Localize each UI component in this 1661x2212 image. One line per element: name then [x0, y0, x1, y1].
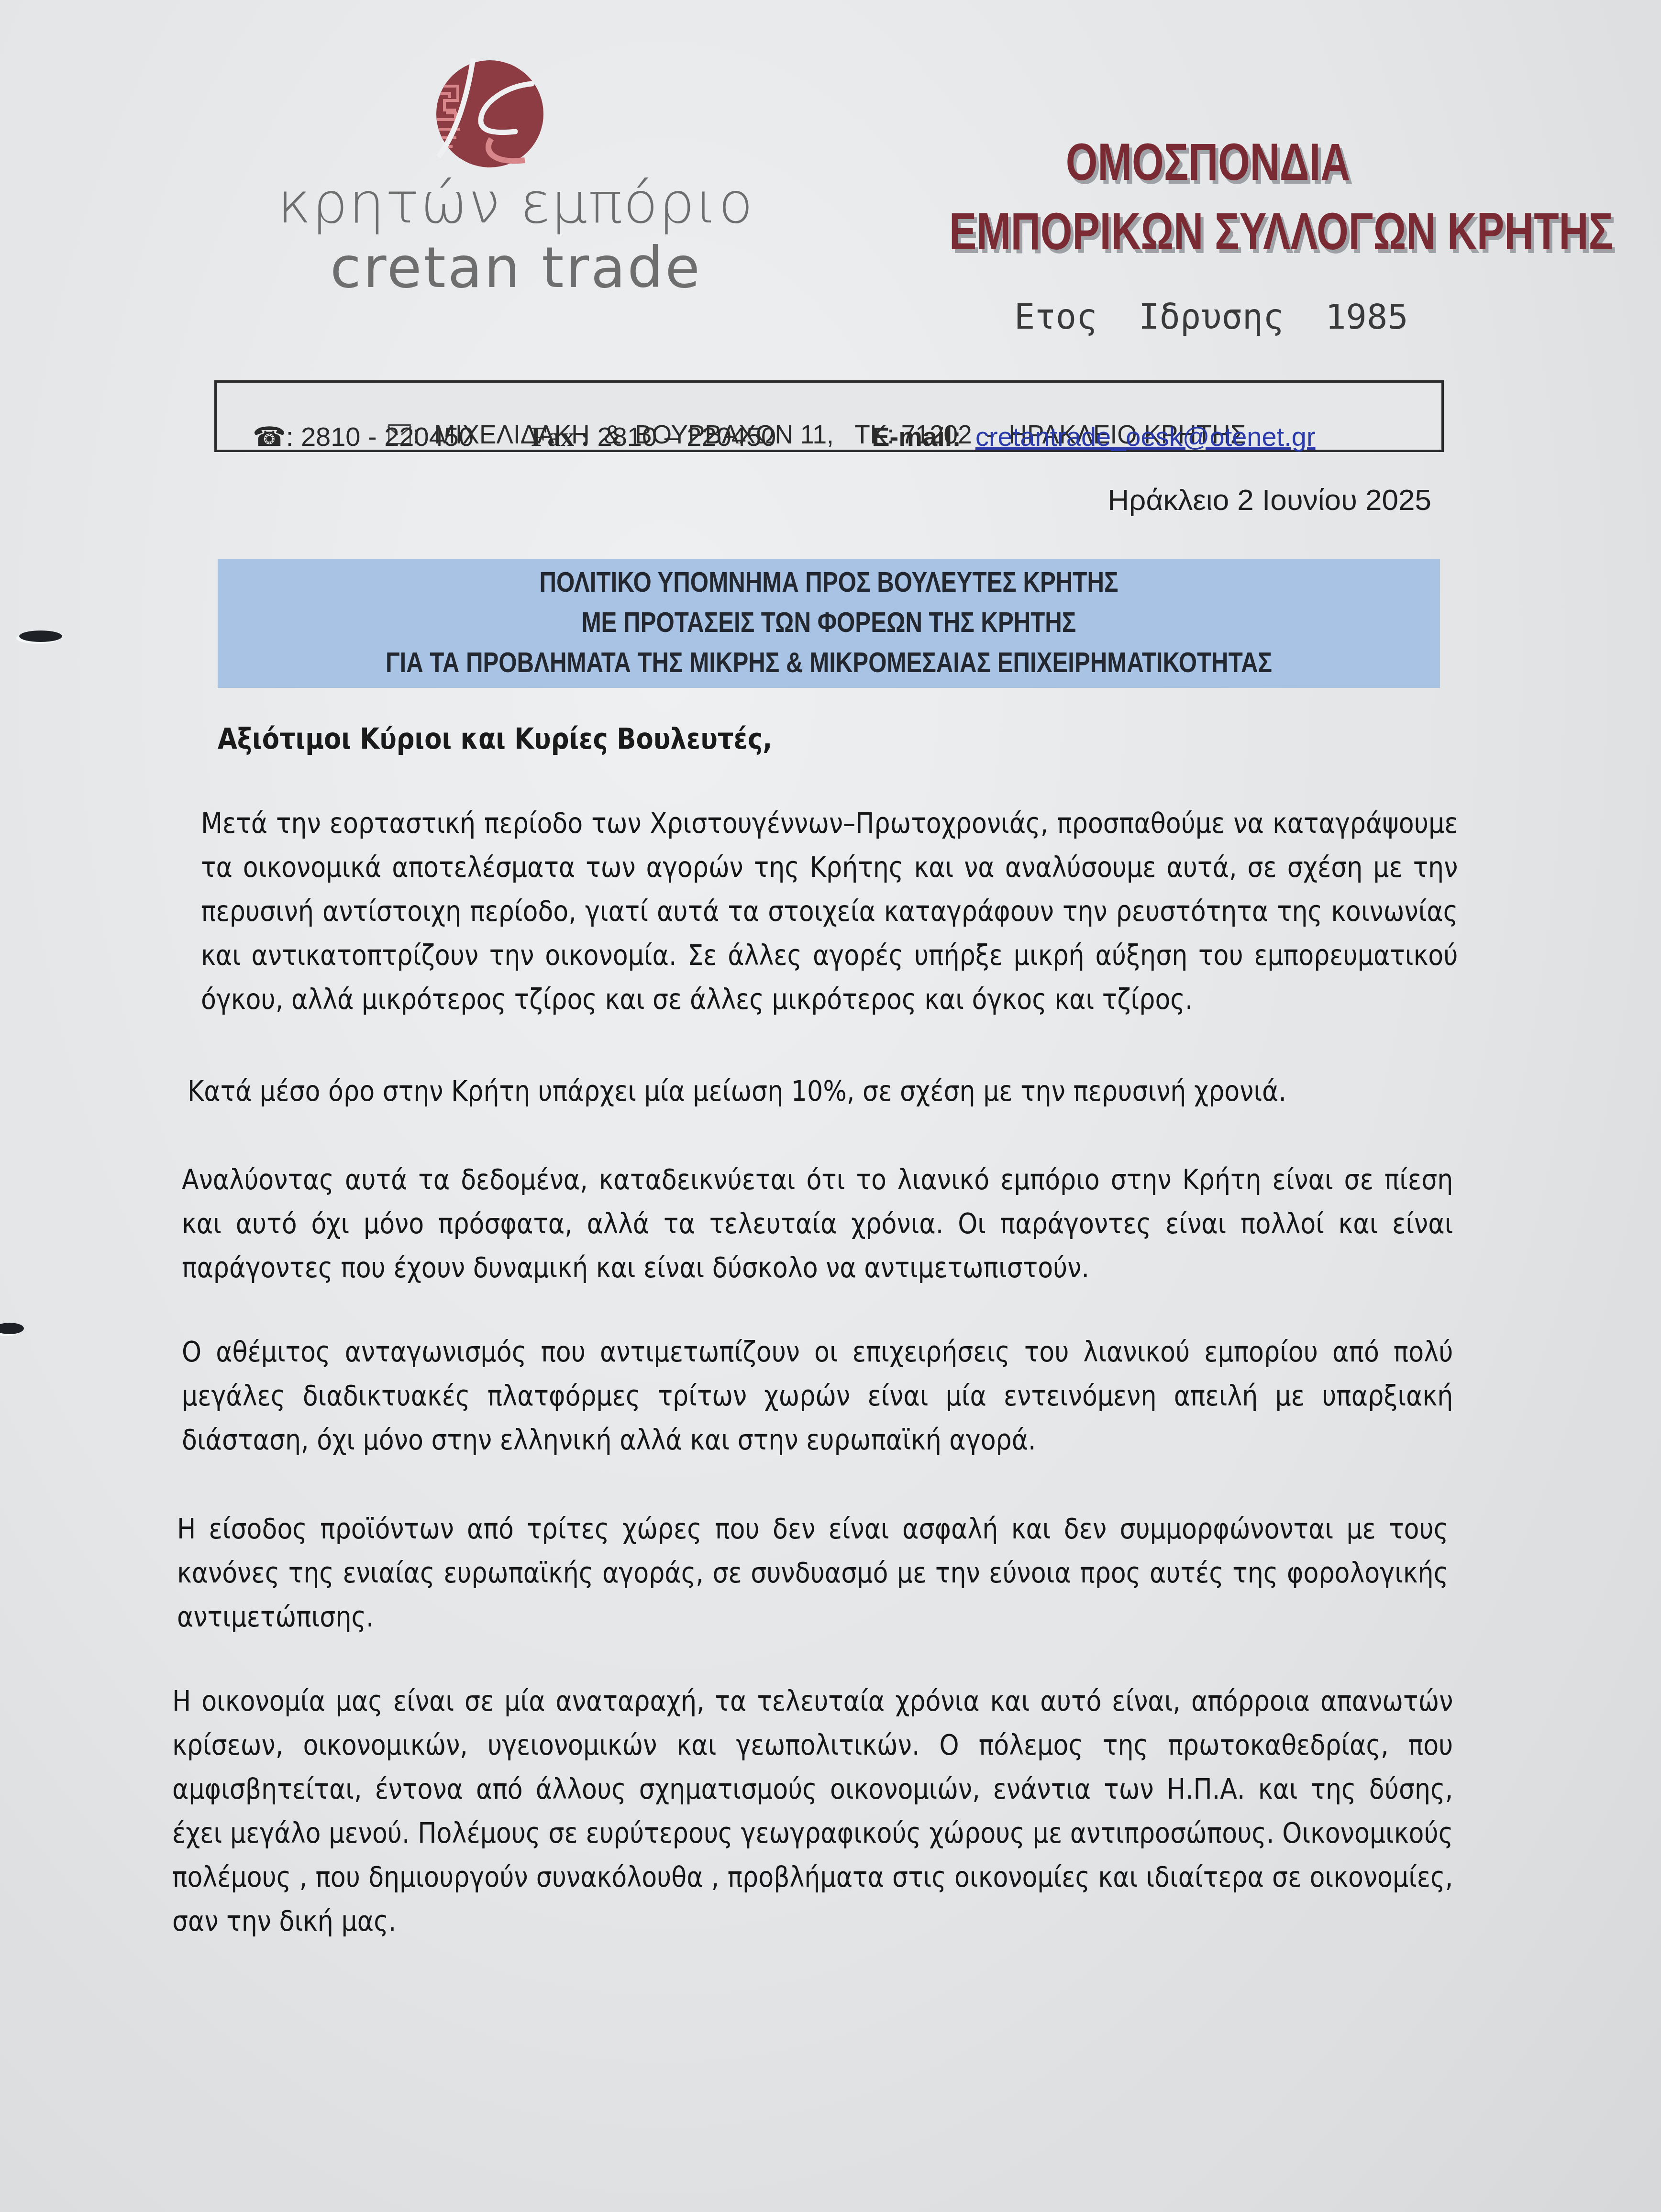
fax-number: 2810 – 220450: [590, 421, 776, 452]
paragraph-average-decline: Κατά μέσο όρο στην Κρήτη υπάρχει μία μεί…: [188, 1069, 1455, 1113]
organization-title-line2: ΕΜΠΟΡΙΚΩΝ ΣΥΛΛΟΓΩΝ ΚΡΗΤΗΣ: [949, 201, 1472, 262]
paragraph-unfair-competition: Ο αθέμιτος ανταγωνισμός που αντιμετωπίζο…: [182, 1330, 1454, 1462]
paragraph-text: Αναλύοντας αυτά τα δεδομένα, καταδεικνύε…: [182, 1158, 1453, 1290]
contact-box: : ΜΙΧΕΛΙΔΑΚΗ & ΒΟΥΡΒΑΧΩΝ 11, ΤΚ: 71202 -…: [214, 380, 1444, 452]
paragraph-text: Κατά μέσο όρο στην Κρήτη υπάρχει μία μεί…: [188, 1069, 1454, 1113]
phone-number: : 2810 - 220450: [286, 421, 474, 452]
salutation: Αξιότιμοι Κύριοι και Κυρίες Βουλευτές,: [218, 722, 772, 756]
paragraph-economy: Η οικονομία μας είναι σε μία αναταραχή, …: [172, 1679, 1454, 1943]
document-date: Ηράκλειο 2 Ιουνίου 2025: [1107, 483, 1431, 517]
founded-year: Ετος Ιδρυσης 1985: [1014, 297, 1408, 337]
banner-title-line2: ΜΕ ΠΡΟΤΑΣΕΙΣ ΤΩΝ ΦΟΡΕΩΝ ΤΗΣ ΚΡΗΤΗΣ: [328, 606, 1330, 639]
banner-title-line3: ΓΙΑ ΤΑ ΠΡΟΒΛΗΜΑΤΑ ΤΗΣ ΜΙΚΡΗΣ & ΜΙΚΡΟΜΕΣΑ…: [328, 646, 1330, 679]
paragraph-imports: Η είσοδος προϊόντων από τρίτες χώρες που…: [177, 1507, 1450, 1639]
paragraph-intro: Μετά την εορταστική περίοδο των Χριστουγ…: [201, 801, 1459, 1021]
fax-label: Fax :: [531, 422, 590, 453]
memorandum-title-banner: ΠΟΛΙΤΙΚΟ ΥΠΟΜΝΗΜΑ ΠΡΟΣ ΒΟΥΛΕΥΤΕΣ ΚΡΗΤΗΣ …: [218, 559, 1440, 688]
paragraph-text: Η οικονομία μας είναι σε μία αναταραχή, …: [172, 1679, 1453, 1943]
contact-numbers-line: ☎: 2810 - 220450 Fax : 2810 – 220450 E-m…: [253, 421, 1316, 453]
cretan-trade-logo-icon: [429, 57, 551, 170]
punch-hole: [19, 630, 62, 642]
email-link[interactable]: cretantrade_oesk@otenet.gr: [975, 421, 1316, 452]
email-label: E-mail:: [872, 421, 961, 452]
logo-text-latin: cretan trade: [330, 234, 702, 300]
organization-title-line1: ΟΜΟΣΠΟΝΔΙΑ: [960, 132, 1456, 192]
telephone-icon: ☎: [253, 421, 286, 453]
document-page: κρητών εμπόριο cretan trade ΟΜΟΣΠΟΝΔΙΑ Ε…: [0, 0, 1661, 2212]
paragraph-text: Μετά την εορταστική περίοδο των Χριστουγ…: [201, 801, 1458, 1021]
logo-text-greek: κρητών εμπόριο: [277, 170, 754, 236]
paragraph-text: Ο αθέμιτος ανταγωνισμός που αντιμετωπίζο…: [182, 1330, 1453, 1462]
paragraph-text: Η είσοδος προϊόντων από τρίτες χώρες που…: [177, 1507, 1448, 1639]
banner-title-line1: ΠΟΛΙΤΙΚΟ ΥΠΟΜΝΗΜΑ ΠΡΟΣ ΒΟΥΛΕΥΤΕΣ ΚΡΗΤΗΣ: [328, 565, 1330, 598]
punch-hole: [0, 1323, 24, 1334]
paragraph-analysis: Αναλύοντας αυτά τα δεδομένα, καταδεικνύε…: [182, 1158, 1454, 1290]
